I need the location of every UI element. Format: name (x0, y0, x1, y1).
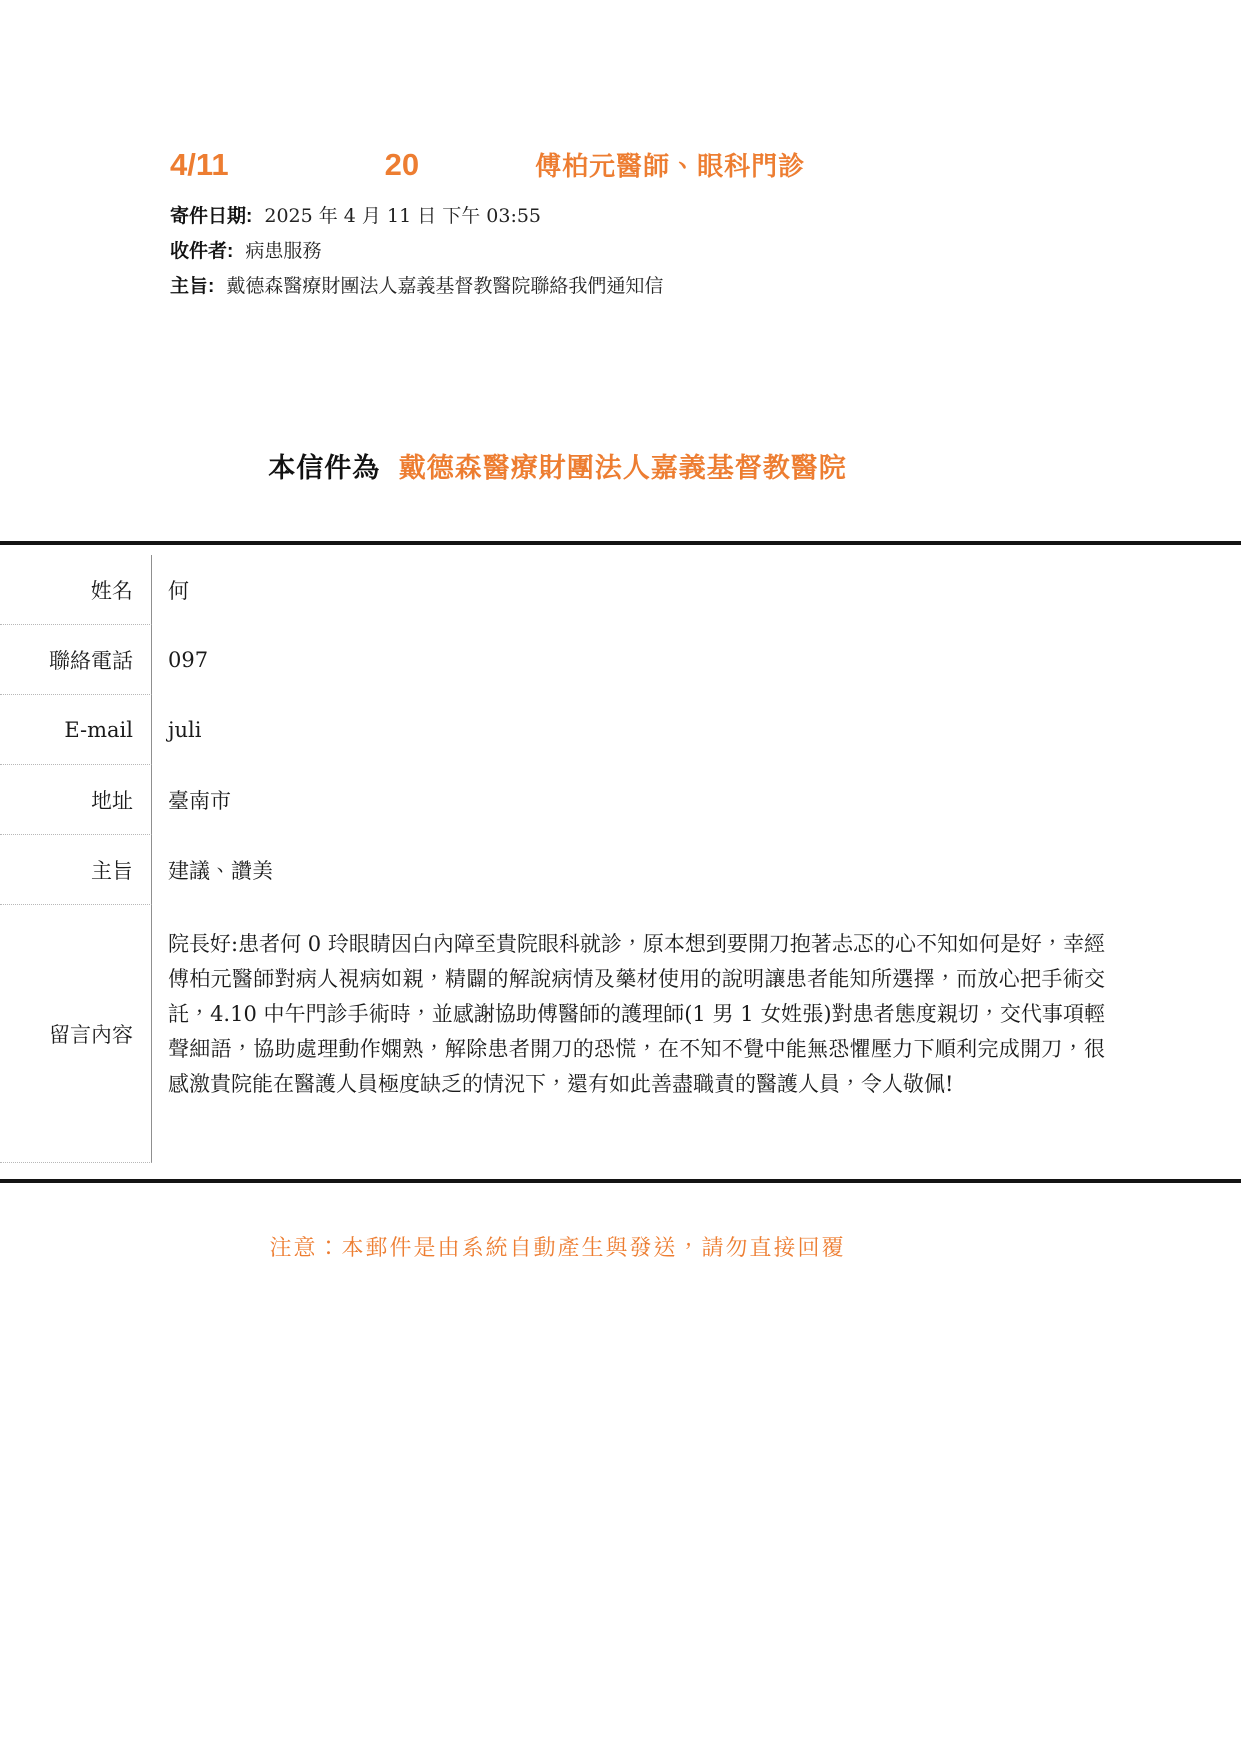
mail-title: 本信件為 戴德森醫療財團法人嘉義基督教醫院 (0, 446, 1115, 485)
form-value-email: juli (152, 695, 1241, 765)
mail-title-prefix: 本信件為 (268, 453, 380, 483)
footer-wrapper: 注意：本郵件是由系統自動產生與發送，請勿直接回覆 (0, 1231, 1115, 1262)
meta-subject: 主旨: 戴德森醫療財團法人嘉義基督教醫院聯絡我們通知信 (170, 269, 1241, 304)
form-label-message: 留言內容 (0, 905, 152, 1163)
mail-header-row: 4/11 20 傅柏元醫師、眼科門診 (170, 0, 1241, 183)
form-label-name: 姓名 (0, 555, 152, 625)
meta-sent-date: 寄件日期: 2025 年 4 月 11 日 下午 03:55 (170, 199, 1241, 234)
page: { "header": { "date": "4/11", "count": "… (0, 0, 1241, 1755)
meta-sent-date-label: 寄件日期: (170, 206, 252, 227)
meta-sent-date-value: 2025 年 4 月 11 日 下午 03:55 (264, 205, 541, 227)
form-label-address: 地址 (0, 765, 152, 835)
form-row-address: 地址 臺南市 (0, 765, 1241, 835)
meta-subject-label: 主旨: (170, 276, 214, 297)
form-row-email: E-mail juli (0, 695, 1241, 765)
form-row-name: 姓名 何 (0, 555, 1241, 625)
footer-notice: 注意：本郵件是由系統自動產生與發送，請勿直接回覆 (0, 1231, 1115, 1262)
meta-recipient-label: 收件者: (170, 241, 233, 262)
form-value-message: 院長好:患者何 0 玲眼睛因白內障至貴院眼科就診，原本想到要開刀抱著忐忑的心不知… (152, 905, 1241, 1163)
meta-recipient: 收件者: 病患服務 (170, 234, 1241, 269)
header-date: 4/11 (170, 147, 229, 183)
mail-title-hospital: 戴德森醫療財團法人嘉義基督教醫院 (399, 453, 847, 483)
form-row-phone: 聯絡電話 097 (0, 625, 1241, 695)
form-label-phone: 聯絡電話 (0, 625, 152, 695)
form-row-message: 留言內容 院長好:患者何 0 玲眼睛因白內障至貴院眼科就診，原本想到要開刀抱著忐… (0, 905, 1241, 1163)
header-count: 20 (385, 147, 419, 183)
contact-form-table: 姓名 何 聯絡電話 097 E-mail juli 地址 臺南市 主旨 建議、讚… (0, 541, 1241, 1183)
mail-meta: 寄件日期: 2025 年 4 月 11 日 下午 03:55 收件者: 病患服務… (170, 199, 1241, 304)
form-label-subject: 主旨 (0, 835, 152, 905)
form-value-address: 臺南市 (152, 765, 1241, 835)
form-value-name: 何 (152, 555, 1241, 625)
title-wrapper: 本信件為 戴德森醫療財團法人嘉義基督教醫院 (0, 446, 1115, 485)
form-row-subject: 主旨 建議、讚美 (0, 835, 1241, 905)
form-value-phone: 097 (152, 625, 1241, 695)
form-label-email: E-mail (0, 695, 152, 765)
header-doctor-clinic: 傅柏元醫師、眼科門診 (535, 146, 805, 183)
form-value-subject: 建議、讚美 (152, 835, 1241, 905)
meta-subject-value: 戴德森醫療財團法人嘉義基督教醫院聯絡我們通知信 (226, 275, 663, 297)
meta-recipient-value: 病患服務 (245, 240, 321, 262)
